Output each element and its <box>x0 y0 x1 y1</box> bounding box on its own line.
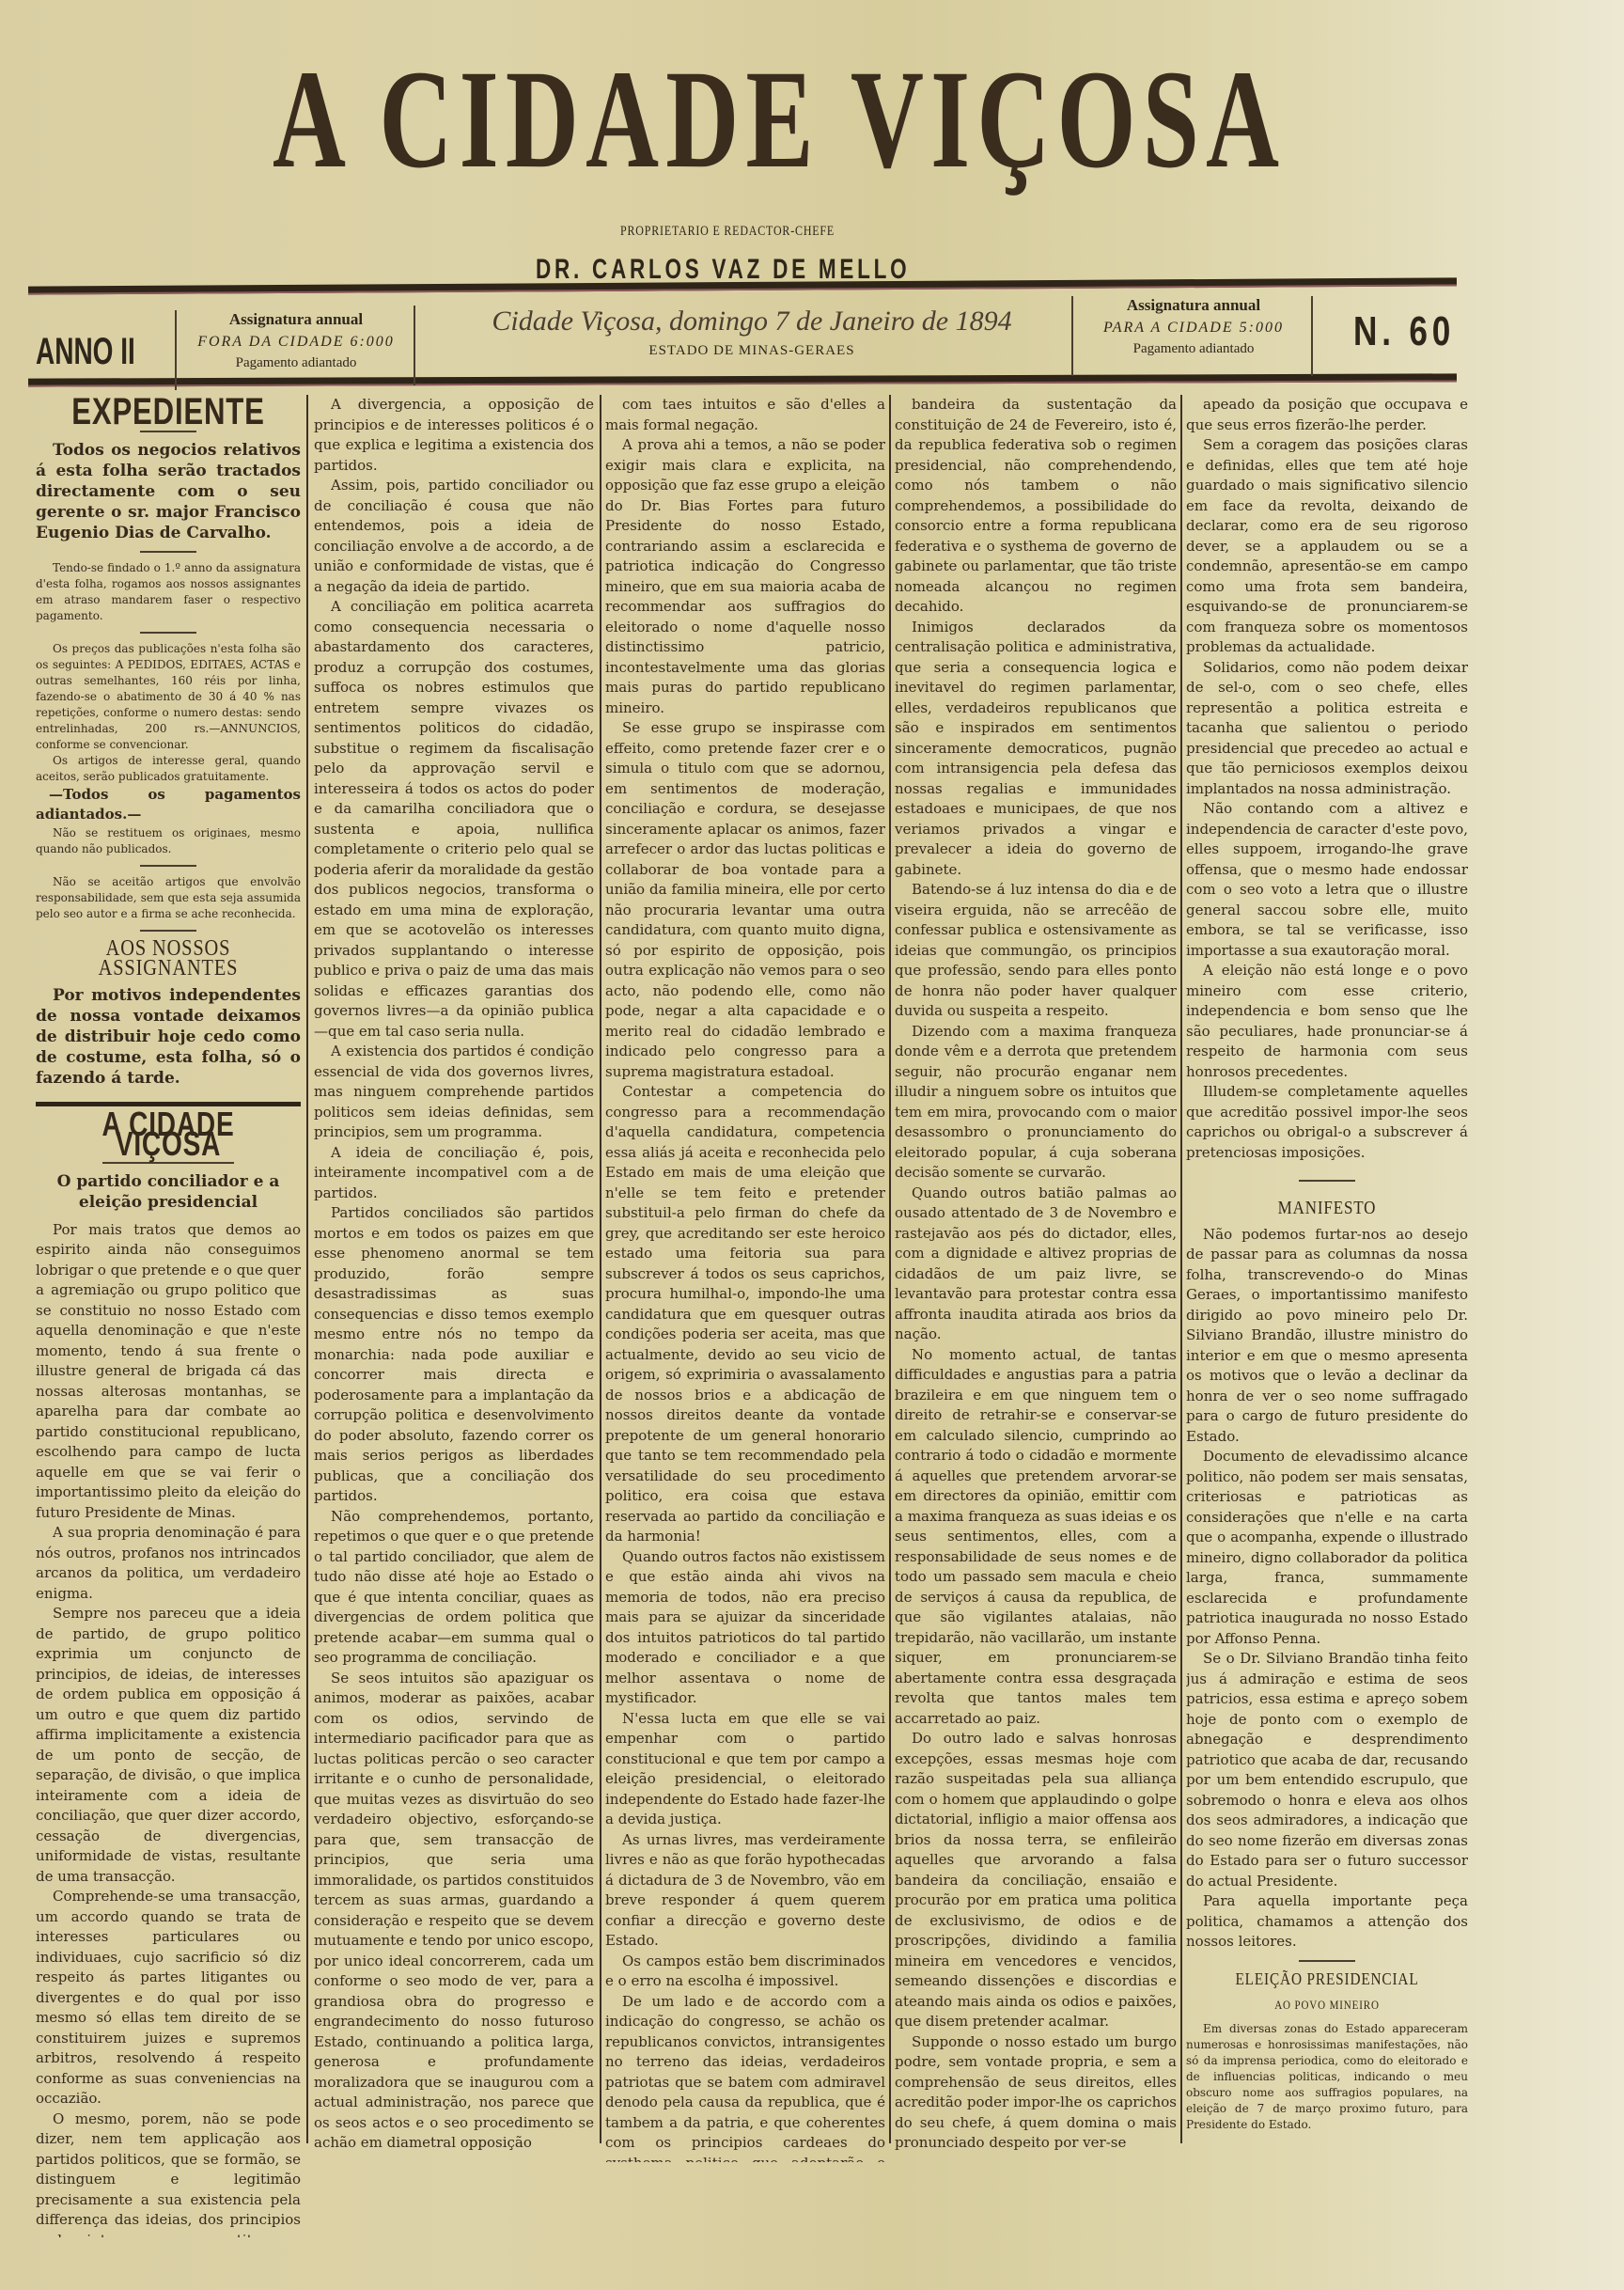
section-heading: A CIDADE VIÇOSA <box>65 1114 272 1154</box>
paragraph: Por mais tratos que demos ao espirito ai… <box>36 1220 301 1524</box>
date-text: Cidade Viçosa, domingo 7 de Janeiro de 1… <box>451 306 1053 337</box>
subscription-price: PARA A CIDADE 5:000 <box>1076 320 1311 337</box>
paragraph: Solidarios, como não podem deixar de sel… <box>1186 658 1468 800</box>
paragraph: bandeira da sustentação da constituição … <box>895 395 1177 618</box>
paragraph: Partidos conciliados são partidos mortos… <box>314 1203 594 1507</box>
divider <box>175 310 177 390</box>
rule <box>1299 1180 1355 1182</box>
paragraph: Batendo-se á luz intensa do dia e de vis… <box>895 880 1177 1022</box>
paragraph: Quando outros factos não existissem e qu… <box>605 1547 885 1709</box>
paragraph: O mesmo, porem, não se pode dizer, nem t… <box>36 2110 301 2238</box>
eleicao-subheading: AO POVO MINEIRO <box>1208 1995 1447 2016</box>
paragraph: Comprehende-se uma transacção, um accord… <box>36 1887 301 2110</box>
subscription-price: FORA DA CIDADE 6:000 <box>179 334 414 351</box>
notice: —Todos os pagamentos adiantados.— <box>36 785 301 825</box>
paragraph: Se seos intuitos são apaziguar os animos… <box>314 1669 594 2154</box>
column-divider <box>889 395 891 2143</box>
subscription-note: Pagamento adiantado <box>1076 341 1311 357</box>
paragraph: Contestar a competencia do congresso par… <box>605 1082 885 1547</box>
subscription-heading: Assignatura annual <box>179 310 414 329</box>
bottom-rule <box>28 373 1457 386</box>
paragraph: Illudem-se completamente aquelles que ac… <box>1186 1082 1468 1163</box>
divider <box>1071 296 1073 376</box>
dateline: Cidade Viçosa, domingo 7 de Janeiro de 1… <box>451 306 1053 359</box>
rule <box>1299 1960 1355 1962</box>
paragraph: As urnas livres, mas verdeiramente livre… <box>605 1830 885 1952</box>
paragraph: Não contando com a altivez e independenc… <box>1186 799 1468 961</box>
state-text: ESTADO DE MINAS-GERAES <box>451 343 1053 359</box>
issue-number: N. 60 <box>1353 308 1455 355</box>
year-label: ANNO II <box>36 331 135 373</box>
expediente-notice: Todos os negocios relativos á esta folha… <box>36 440 301 543</box>
newspaper-page: A CIDADE VIÇOSA PROPRIETARIO E REDACTOR-… <box>0 0 1624 2290</box>
paragraph: A existencia dos partidos é condição ess… <box>314 1042 594 1143</box>
paragraph: Não comprehendemos, portanto, repetimos … <box>314 1507 594 1669</box>
paragraph: A sua propria denominação é para nós out… <box>36 1523 301 1604</box>
paragraph: Supponde o nosso estado um burgo podre, … <box>895 2032 1177 2154</box>
paragraph: Sempre nos pareceu que a ideia de partid… <box>36 1604 301 1887</box>
paragraph: A conciliação em politica acarreta como … <box>314 597 594 1042</box>
paragraph: Documento de elevadissimo alcance politi… <box>1186 1447 1468 1649</box>
column-divider <box>306 395 308 2143</box>
divider <box>414 306 415 385</box>
paragraph: A prova ahi a temos, a não se poder exig… <box>605 435 885 718</box>
paragraph: apeado da posição que occupava e que seu… <box>1186 395 1468 435</box>
column-3: com taes intuitos e são d'elles a mais f… <box>605 395 885 2162</box>
article-title: O partido conciliador e a eleição presid… <box>36 1171 301 1213</box>
paragraph: N'essa lucta em que elle se vai empenhar… <box>605 1709 885 1830</box>
masthead-title: A CIDADE VIÇOSA <box>273 49 949 190</box>
paragraph: Os campos estão bem discriminados e o er… <box>605 1952 885 1992</box>
column-2: A divergencia, a opposição de principios… <box>314 395 594 2162</box>
proprietor-label: PROPRIETARIO E REDACTOR-CHEFE <box>620 224 835 240</box>
notice: Os artigos de interesse geral, quando ac… <box>36 753 301 785</box>
column-4: bandeira da sustentação da constituição … <box>895 395 1177 2162</box>
assignantes-heading: AOS NOSSOS ASSIGNANTES <box>55 939 281 980</box>
subscription-outside: Assignatura annual FORA DA CIDADE 6:000 … <box>179 310 414 371</box>
notice: Não se aceitão artigos que envolvão resp… <box>36 874 301 922</box>
column-divider <box>600 395 601 2143</box>
divider <box>1311 296 1313 376</box>
subscription-note: Pagamento adiantado <box>179 355 414 371</box>
manifesto-heading: MANIFESTO <box>1208 1199 1447 1219</box>
assignantes-notice: Por motivos independentes de nossa vonta… <box>36 985 301 1089</box>
paragraph: Do outro lado e salvas honrosas excepçõe… <box>895 1729 1177 2032</box>
eleicao-heading: ELEIÇÃO PRESIDENCIAL <box>1208 1969 1447 1990</box>
paragraph: A eleição não está longe e o povo mineir… <box>1186 961 1468 1082</box>
subscription-heading: Assignatura annual <box>1076 296 1311 315</box>
expediente-heading: EXPEDIENTE <box>65 402 272 423</box>
paragraph: Quando outros batião palmas ao ousado at… <box>895 1184 1177 1345</box>
paragraph: A ideia de conciliação é, pois, inteiram… <box>314 1143 594 1204</box>
rule <box>140 865 196 867</box>
notice: Não se restituem os originaes, mesmo qua… <box>36 825 301 857</box>
paragraph: Dizendo com a maxima franqueza donde vêm… <box>895 1022 1177 1184</box>
paragraph: Para aquella importante peça politica, c… <box>1186 1891 1468 1953</box>
paragraph: Em diversas zonas do Estado appareceram … <box>1186 2021 1468 2133</box>
paragraph: Não podemos furtar-nos ao desejo de pass… <box>1186 1225 1468 1448</box>
paragraph: De um lado e de accordo com a indicação … <box>605 1992 885 2163</box>
subscription-city: Assignatura annual PARA A CIDADE 5:000 P… <box>1076 296 1311 357</box>
column-divider <box>1180 395 1182 2143</box>
paragraph: Se o Dr. Silviano Brandão tinha feito ju… <box>1186 1649 1468 1891</box>
rule <box>140 930 196 932</box>
rule <box>140 632 196 634</box>
paragraph: com taes intuitos e são d'elles a mais f… <box>605 395 885 435</box>
paragraph: Sem a coragem das posições claras e defi… <box>1186 435 1468 658</box>
paragraph: Assim, pois, partido conciliador ou de c… <box>314 476 594 597</box>
notice: Tendo-se findado o 1.º anno da assignatu… <box>36 560 301 624</box>
column-5: apeado da posição que occupava e que seu… <box>1186 395 1468 2181</box>
paragraph: No momento actual, de tantas difficuldad… <box>895 1345 1177 1730</box>
paragraph: A divergencia, a opposição de principios… <box>314 395 594 476</box>
column-1: EXPEDIENTE Todos os negocios relativos á… <box>36 395 301 2237</box>
paragraph: Inimigos declarados da centralisação pol… <box>895 618 1177 881</box>
paragraph: Se esse grupo se inspirasse com effeito,… <box>605 718 885 1082</box>
notice: Os preços das publicações n'esta folha s… <box>36 641 301 753</box>
rule <box>140 551 196 553</box>
